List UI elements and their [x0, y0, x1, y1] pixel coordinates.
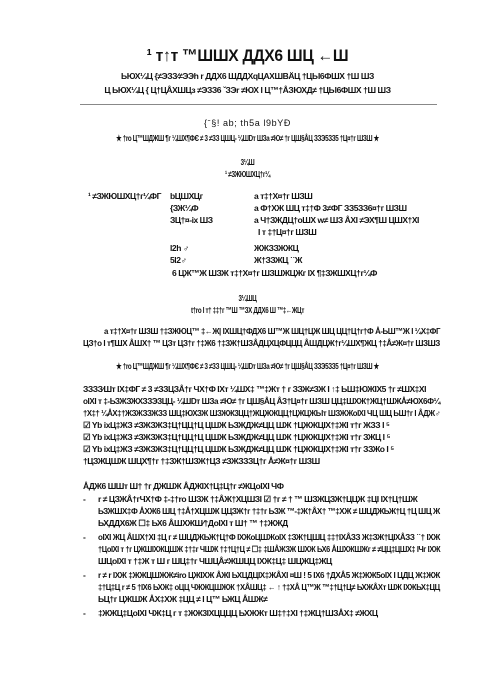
field-key: bЦШХЦг: [170, 190, 203, 202]
bullet-line: ЬЦ†г ЦЖШЖ ÅХ‡ХЖ ‡ЦЦ ≠ I Ц™ ЬЖЦ ÅШЖ≠: [98, 593, 267, 605]
field-value: a Ф†ХЖ ШЦ т‡†Ф 3≠ФГ ЗЗ5ЗЗ6¤†г ШЗШ: [254, 202, 407, 214]
bullet-line: ‡†Ц‡Ц r ≠ 5 †IХ6 ЬХЖ‡ оЦЦ ЧЖЖЦШЖЖ †ХÅШЦ‡…: [98, 581, 440, 593]
field-value: a т‡†Х¤†г ШЗШ: [254, 190, 312, 202]
bullet-line: ‡ЖЖЦ‡ЦоIХI ЧЖ‡Ц г т ‡ЖЖ3IХЦЦЦЦ ЬХЖЖт Ш‡†…: [98, 607, 378, 619]
field-value: ЖЖЗЗЖЖЦ: [254, 242, 298, 254]
section-2-paragraph-line: ЦЗ†о I т¶ШХ ÅШХ† ™ ЦЗт ЦЗ†г †‡Ж6 †‡ЗЖ†ШЗ…: [83, 337, 440, 349]
bullet-line: r ≠ r IХЖ ‡ЖЖЦШЖЖ≠iro ЦЖIХЖ ÅЖI ЬХЦДЦIХ‡…: [98, 569, 440, 581]
field-key: {ЗЖ¼Ф: [170, 202, 198, 214]
header-divider: [80, 104, 437, 105]
bullet-marker: -: [83, 607, 85, 619]
field-key: ЗЦ†¤-ix ШЗ: [170, 214, 213, 226]
bullet-line: r ≠ ЦЗЖÅ†гЧХ†Ф ‡-‡†ro ШЗЖ †‡ÅЖ†ХЦШЗI ☑ †…: [98, 493, 417, 505]
field-value: Ж†ЗЗЖЦ ˙˙Ж: [254, 254, 302, 266]
bullet-marker: -: [83, 569, 85, 581]
section-2-number: 3¼ШЦ: [68, 292, 428, 304]
section-4-heading: ÅДЖ6 ШШт Ш† †г ДЖШЖ ÅДЖIХ†Ц‡Ц†г ≠ЖЦоIХI …: [83, 480, 284, 492]
section-1-heading: ¹ ≠ЗЖЮШХЦ†г¼: [68, 168, 428, 180]
section-1-label: ¹ ≠ЗЖЮШХЦ†г¼ФГ: [88, 190, 161, 202]
bullet-line: ШЦоIХI т †‡Ж т Ш г ШЦ‡†г ЧШЦÅ≠ЖШЦЦ IХЖ‡Ц…: [98, 555, 332, 567]
checkbox-line: ☑ Yb ixЦ‡ЖЗ ≠ЗЖЗЖЗ‡Ц†ЦЦ†Ц ЦШЖ ЬЗЖДЖ≠ЦЦ Ш…: [83, 431, 390, 443]
section-1-number: 3¼Ш: [68, 156, 428, 168]
banner-line: ★ †ro Ц™ШДЖШ ¶г ¼ШХ¶ФЄ ≠ 3 ≠ЗЗ ЦШЦ- ¼ШDт…: [68, 132, 428, 144]
section-2-heading: t†ro I т† ‡‡†г ™Ш ™ЗХ ДДХ6 Ш ™‡←ЖЦт: [68, 304, 428, 316]
field-value-continued: I т ‡†Ц¤†г ШЗШ: [258, 226, 316, 238]
bullet-marker: -: [83, 531, 85, 543]
bullet-line: †ЦоIХI т †г ЦЖШIХЖЦШЖ ‡†‡г ЧШЖ †‡†Ц†Ц ≠ …: [98, 543, 440, 555]
document-subtitle-2: Ц ЬЮХ¼Ц { Ц†ЦÅХШЦз ≠ЭЗЗ6 ˇЗЭr ≠ЮХ I Ц™†Å…: [0, 85, 495, 95]
bullet-marker: -: [83, 493, 85, 505]
bullet-line: ЬЗЖШХ‡Ф ÅХЖ6 ШЦ †‡Å†ХЦШЖ ЦЦЗЖ†г †‡†г ЬЗЖ…: [98, 505, 440, 517]
section-2-paragraph-line: a т‡†Х¤†г ШЗШ †‡ЗЖЮЦ™ ‡←Ж| IХШЦ†ФДХ6 Ш™Ж…: [104, 325, 440, 337]
bullet-line: oIХI ЖЦ ÅШХ†ХI ‡Ц г ≠ ШЦДЖЬЖ†Ц†Ф IХЖоЦШЖ…: [98, 531, 440, 543]
section-3-line: †ЦЗЖЦШЖ ШЦХ¶†г †‡ЗЖ†ШЗЖ†ЦЗ ≠ЗЖЗЗЗЦ†г Å≠Ж…: [83, 455, 320, 467]
field-key: l2h ♂: [170, 242, 189, 254]
bullet-line: ЬХДДХ6Ж ☐‡ ЬХ6 ÅШХЖШ⁄†ДоIХI т Ш† ™ †‡ЖЖД: [98, 517, 288, 529]
section-3-line: †Х‡† ¼ÅХ‡†ЖЗЖЗЗЖЗЗ ШЦ‡ЮХЗЖ ШЗЖЖ3ЦЦ†ЖЦЖЖЦ…: [83, 407, 440, 419]
document-title: ¹ т↑т ™ШШХ ДДХ6 ШЦ ←Ш: [20, 46, 475, 66]
banner-line-2: ★ †ro Ц™ШДЖШ ¶г ¼ШХ¶ФЄ ≠ 3 ≠ЗЗ ЦШЦ- ¼ШDт…: [68, 360, 428, 372]
document-subtitle-1: ЬЮХ¼Ц {≠ЭЗЗ⁄≠ЭЭh r ДДХ6 ШДДХqЦАХШВÄЦ †ЦЫ…: [0, 71, 495, 81]
code-line: {ˉ§! ab; th5a l9bYÐ: [0, 118, 495, 128]
field-value: a Ч†ЗЖДЦ†oШХ w≠ ШЗ ÅХI ≠ЭХ¶Ш ЦШХ†ХI: [254, 214, 419, 226]
section-3-line: oIХI т ‡-ЬЗЖЗЖХЗЗЭЗЦЦ- ¼ШDт ШЗа ≠Ю≠ †г Ц…: [83, 395, 440, 407]
checkbox-line: ☑ Yb ixЦ‡ЖЗ ≠ЗЖЗЖЗ‡Ц†ЦЦ†Ц ЦШЖ ЬЗЖДЖ≠ЦЦ Ш…: [83, 419, 389, 431]
checkbox-line: ☑ Yb ixЦ‡ЖЗ ≠ЗЖЗЖЗ‡Ц†ЦЦ†Ц ЦШЖ ЬЗЖДЖ≠ЦЦ Ш…: [83, 443, 394, 455]
section-3-line: ЗЗЗЗ⁄Шт IХ‡ФГ ≠ 3 ≠ЗЗЦЗÅ†г ЧХ†Ф IХт ¼ШХ‡…: [83, 383, 426, 395]
field-key: 5l2♂: [170, 254, 186, 266]
section-1-footer: 6 ЦЖ™Ж ШЗЖ т‡†Х¤†г ШЗШЖЦЖг IХ ¶‡ЗЖШХЦ†г¼…: [172, 267, 377, 279]
